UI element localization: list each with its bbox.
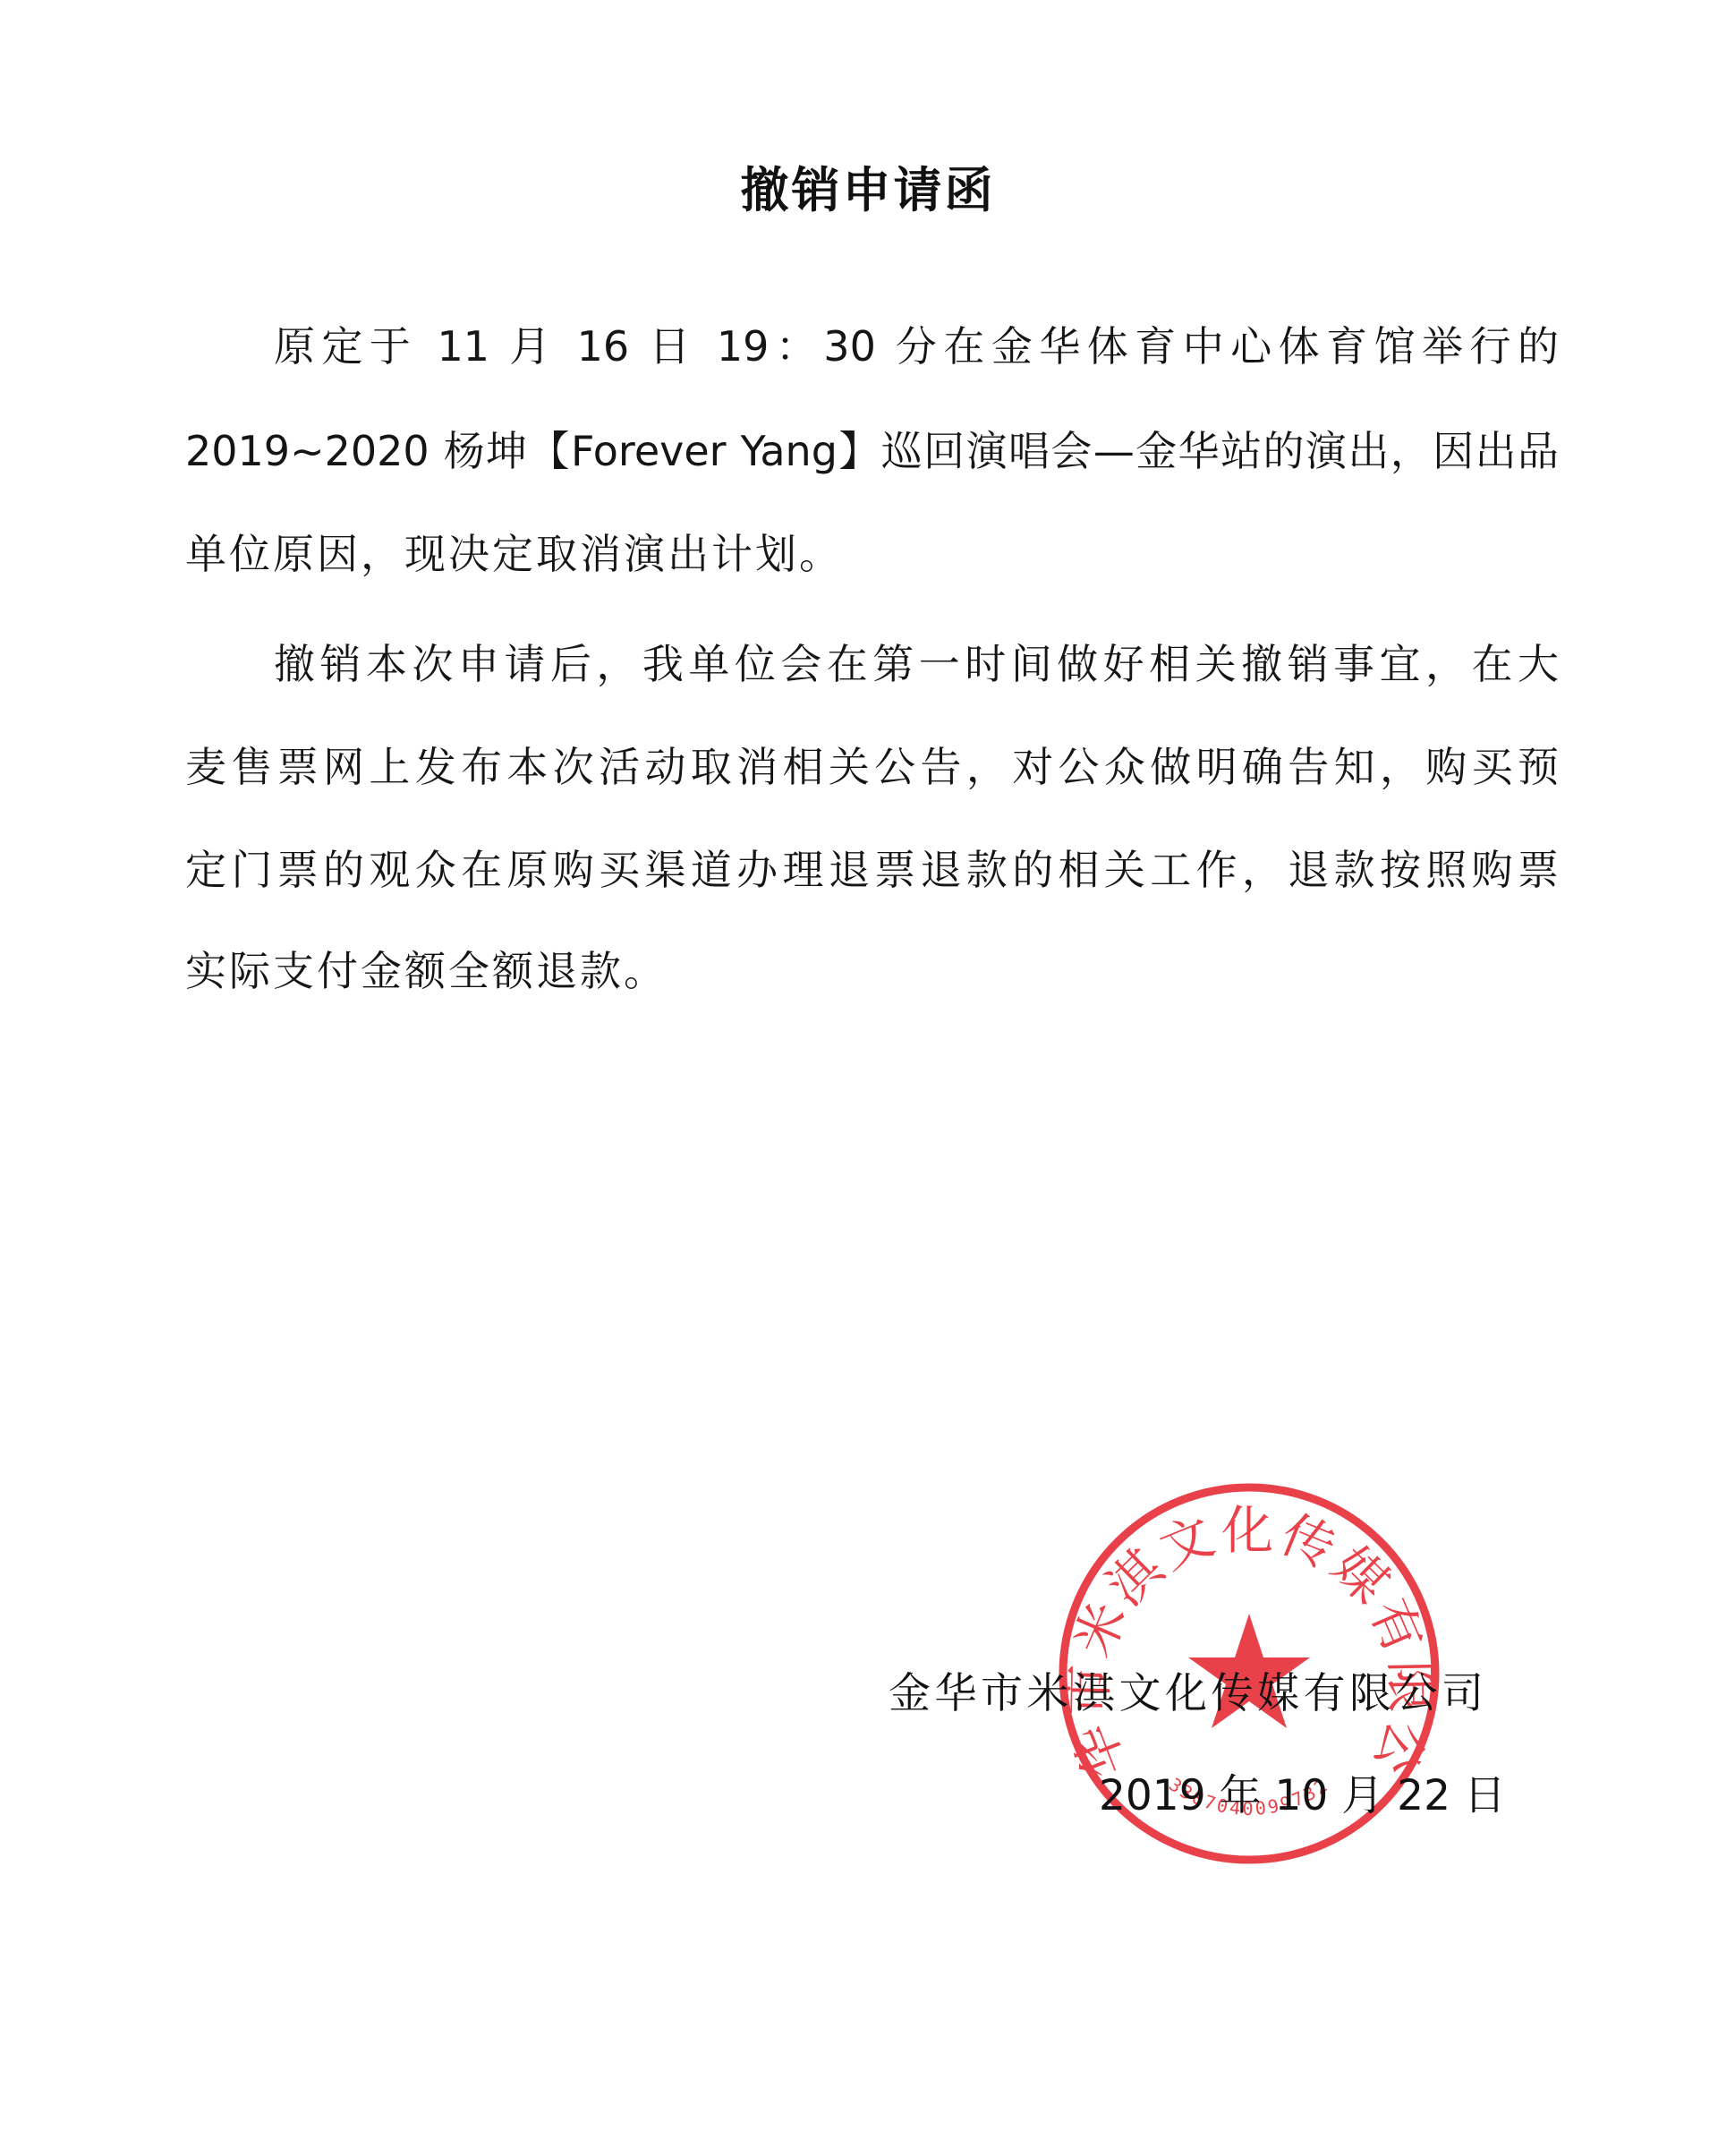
paragraph-2-line-3: 定门票的观众在原购买渠道办理退票退款的相关工作，退款按照购票 bbox=[185, 843, 1559, 897]
paragraph-2-line-4: 实际支付金额全额退款。 bbox=[185, 944, 668, 998]
paragraph-1-line-3: 单位原因，现决定取消演出计划。 bbox=[185, 527, 843, 581]
paragraph-1-line-2: 2019~2020 杨坤【Forever Yang】巡回演唱会—金华站的演出，因… bbox=[185, 424, 1559, 478]
signature-company: 金华市米淇文化传媒有限公司 bbox=[889, 1667, 1484, 1721]
document-page: 撤销申请函 原定于 11 月 16 日 19：30 分在金华体育中心体育馆举行的… bbox=[0, 0, 1718, 2156]
document-title: 撤销申请函 bbox=[0, 161, 1718, 220]
paragraph-1-line-1: 原定于 11 月 16 日 19：30 分在金华体育中心体育馆举行的 bbox=[274, 320, 1559, 373]
paragraph-2-line-2: 麦售票网上发布本次活动取消相关公告，对公众做明确告知，购买预 bbox=[185, 740, 1559, 794]
paragraph-2-line-1: 撤销本次申请后，我单位会在第一时间做好相关撤销事宜，在大 bbox=[274, 637, 1559, 691]
signature-date: 2019 年 10 月 22 日 bbox=[1099, 1769, 1476, 1823]
